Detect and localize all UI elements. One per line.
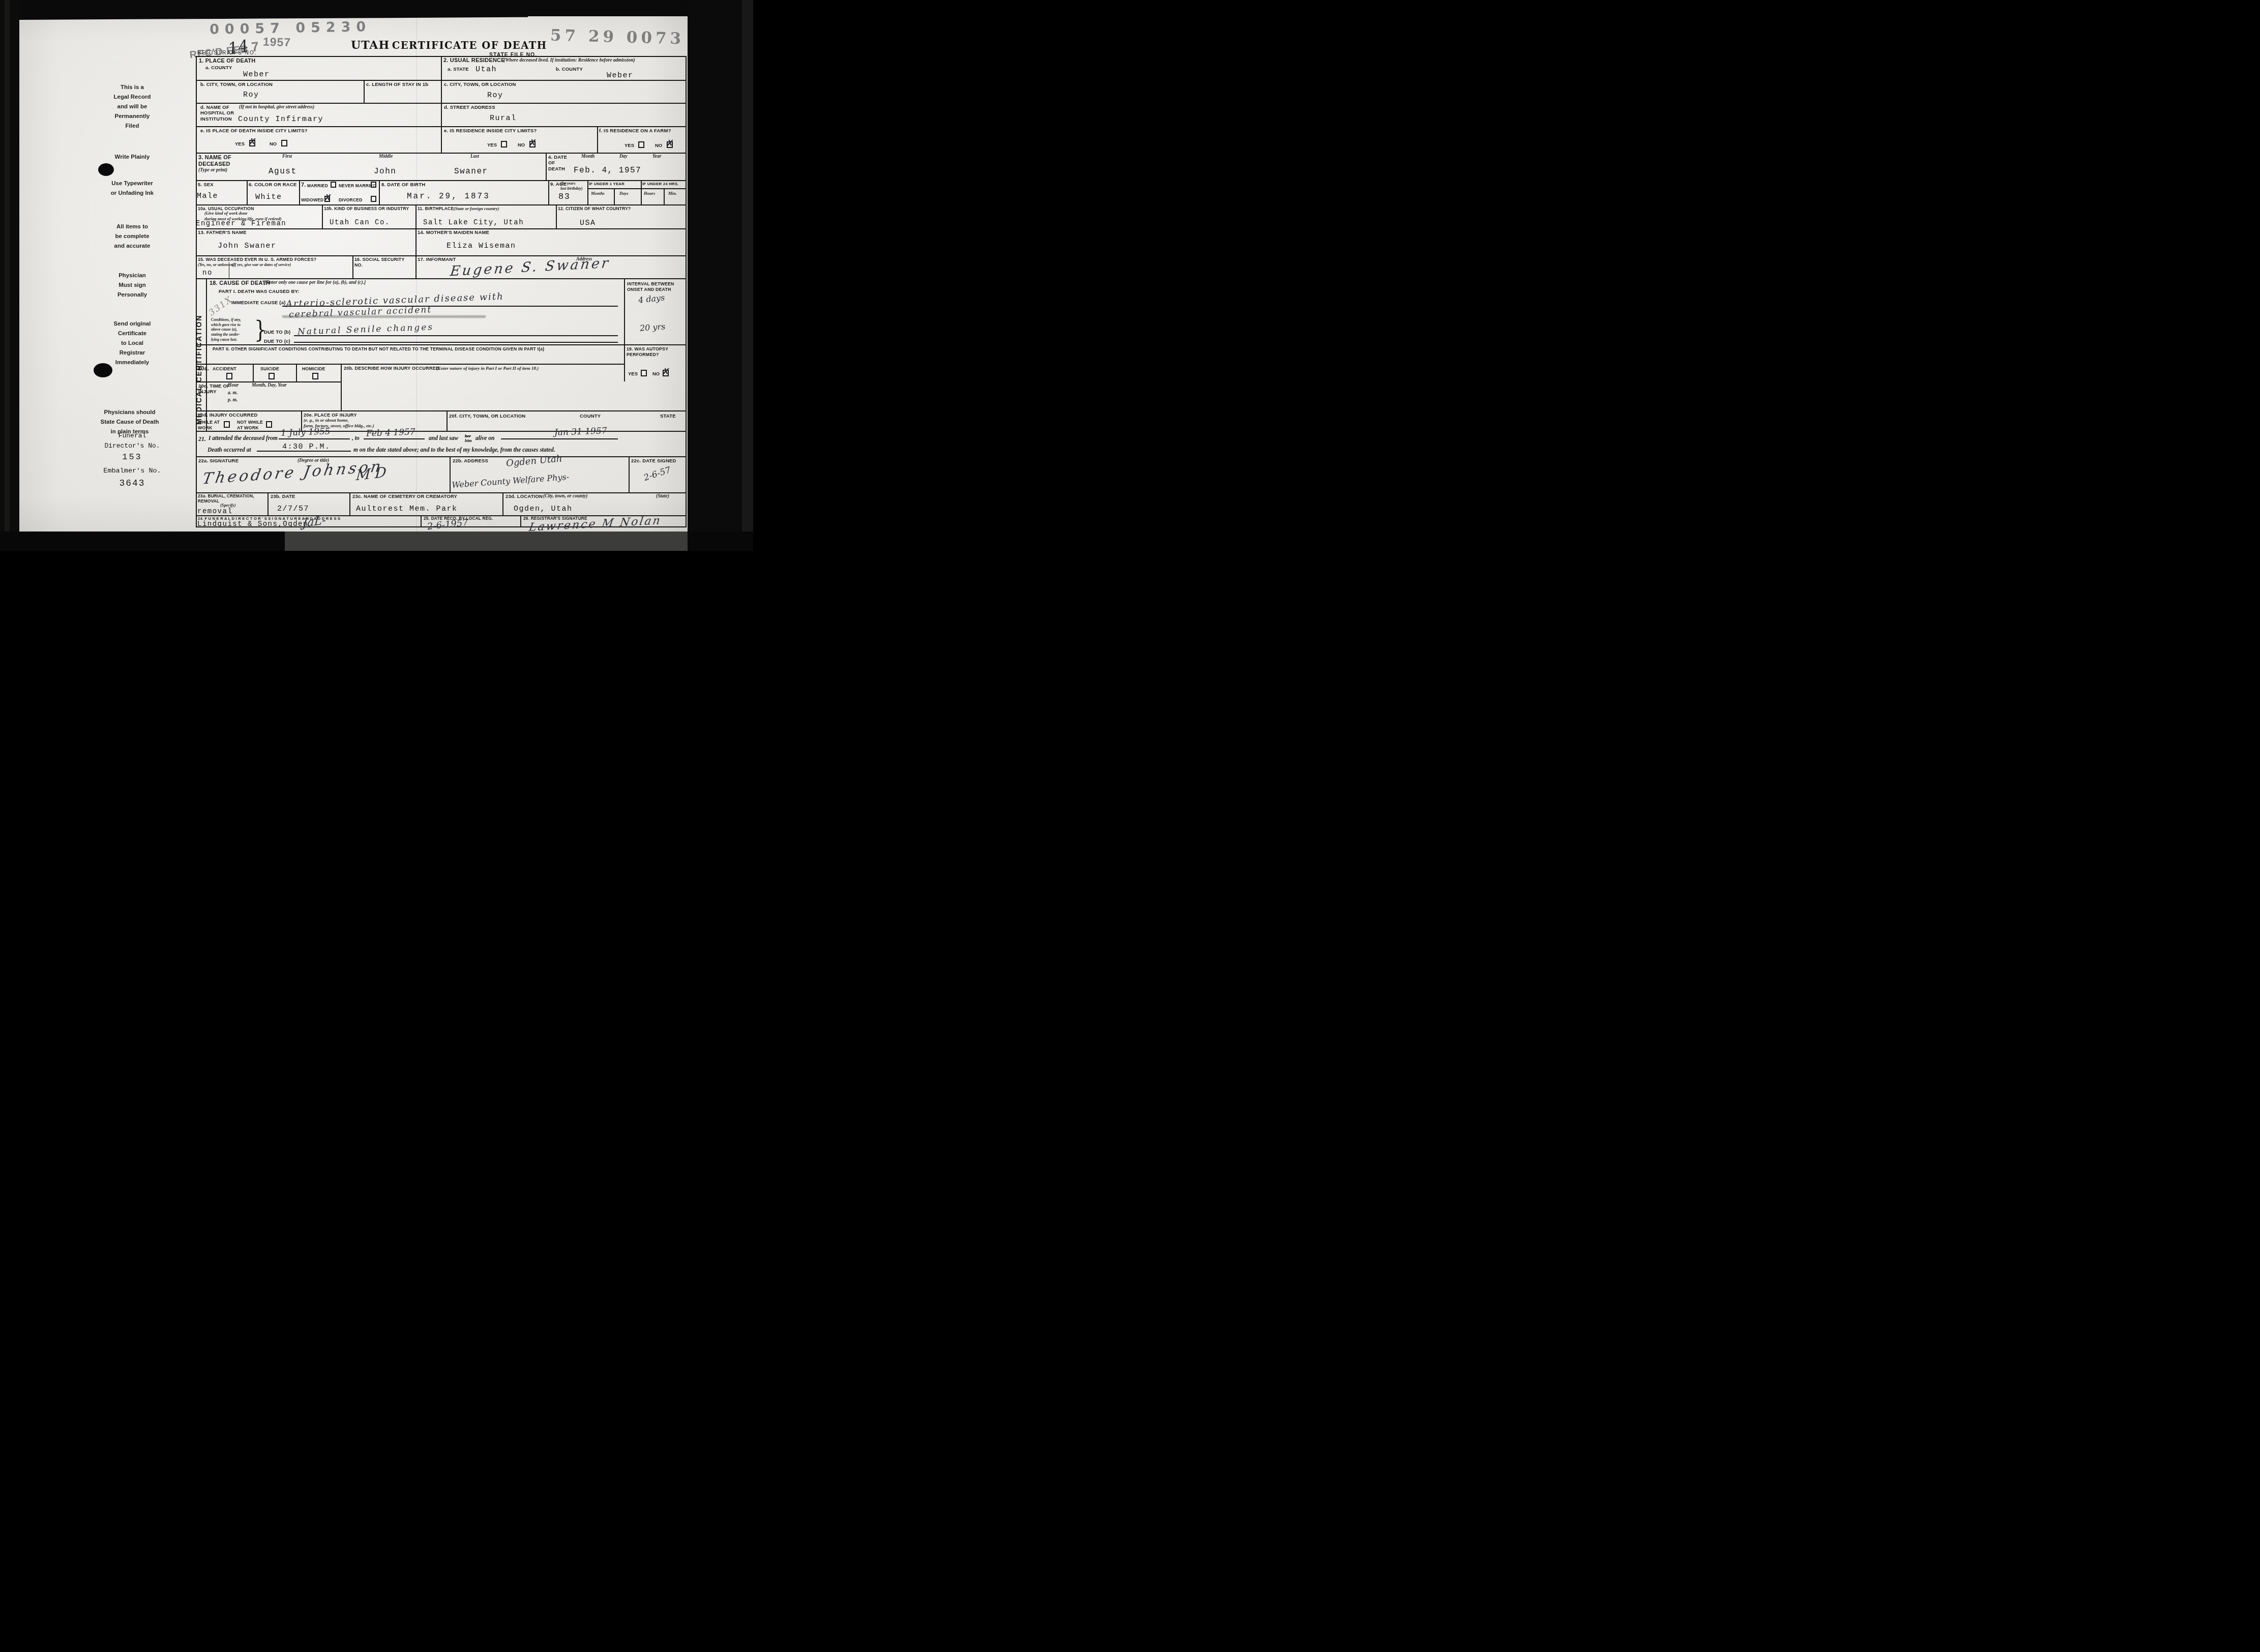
- s21-text3: and last saw: [429, 435, 458, 441]
- s23d-value: Ogden, Utah: [514, 505, 573, 513]
- funeral-director-no-label: Funeral Director's No.: [71, 431, 193, 451]
- margin-note-send-original: Send original Certificate to Local Regis…: [71, 319, 193, 368]
- s23a-value: removal: [197, 508, 232, 516]
- s1e-label: e. IS PLACE OF DEATH INSIDE CITY LIMITS?: [200, 128, 308, 134]
- s17-label: 17. INFORMANT: [418, 257, 456, 262]
- s23d-state-header: (State): [656, 494, 669, 500]
- margin-note-all-items: All items to be complete and accurate: [71, 222, 193, 251]
- s7-divorced-checkbox: [371, 196, 376, 202]
- s2e-yes-checkbox: [501, 141, 507, 147]
- s21-text4: alive on: [475, 435, 494, 441]
- s20d-label: 20d. INJURY OCCURRED: [198, 412, 258, 418]
- s2e-no-checkbox: [529, 141, 536, 147]
- s2f-yes-checkbox: [638, 141, 644, 148]
- interval-header: INTERVAL BETWEEN ONSET AND DEATH: [627, 281, 674, 292]
- s21-text2: , to: [352, 435, 360, 441]
- scan-border-right: [688, 0, 753, 551]
- s3-last-value: Swaner: [454, 167, 488, 176]
- s7-widowed-checkbox: [324, 196, 330, 202]
- physician-degree: M D: [355, 464, 387, 484]
- s2-hint: (Where deceased lived. If institution: R…: [503, 58, 681, 64]
- s23c-label: 23c. NAME OF CEMETERY OR CREMATORY: [352, 494, 457, 499]
- s6-label: 6. COLOR OR RACE: [249, 182, 297, 188]
- title-main: CERTIFICATE OF DEATH: [392, 40, 547, 51]
- s19-yes-label: YES: [628, 371, 638, 377]
- s23a-label: 23a. BURIAL, CREMATION, REMOVAL: [198, 494, 254, 504]
- s13-value: John Swaner: [218, 242, 277, 250]
- under1yr-label: IF UNDER 1 YEAR: [589, 182, 625, 186]
- embalmer-no-label: Embalmer's No.: [71, 466, 193, 477]
- scan-border-top: [0, 0, 753, 16]
- s3-middle-value: John: [374, 167, 396, 176]
- cell-3: [196, 153, 546, 180]
- s3-last-header: Last: [470, 154, 479, 160]
- s1-title: 1. PLACE OF DEATH: [199, 58, 255, 64]
- serial-number-stamp: 00057 05230: [210, 19, 372, 38]
- s18-immediate-label: IMMEDIATE CAUSE (a): [231, 300, 286, 306]
- s2c-label: c. CITY, TOWN, OR LOCATION: [444, 82, 516, 87]
- margin-note-use-typewriter: Use Typewriter or Unfading Ink: [71, 179, 193, 198]
- s20c-hour-header: Hour: [228, 383, 239, 389]
- title-state: UTAH: [351, 39, 390, 52]
- s22a-label: 22a. SIGNATURE: [198, 458, 239, 464]
- s1e-no-checkbox: [281, 140, 287, 146]
- s22b-label: 22b. ADDRESS: [453, 458, 488, 464]
- s20a-suicide-checkbox: [269, 373, 275, 379]
- s3-label: 3. NAME OF DECEASED: [198, 155, 231, 167]
- s7-married-checkbox: [331, 182, 336, 188]
- s20a-homicide-label: HOMICIDE: [302, 366, 325, 372]
- s20a-label: 20a.: [198, 366, 209, 372]
- s10b-value: Utah Can Co.: [330, 219, 390, 227]
- s21-to-value: Feb 4 1957: [366, 427, 415, 438]
- state-file-no-stamp: 57 29 0073: [550, 26, 685, 48]
- s23c-value: Aultorest Mem. Park: [356, 505, 458, 513]
- registrar-no-value: 14: [226, 36, 250, 58]
- s9-hint: (In years last birthday): [560, 181, 583, 191]
- s2f-no-label: NO: [655, 143, 662, 149]
- s11-label: 11. BIRTHPLACE: [418, 206, 454, 211]
- s11-hint: (State or foreign country): [454, 206, 499, 212]
- certificate-title: UTAH CERTIFICATE OF DEATH: [351, 39, 547, 52]
- s21-no: 21.: [198, 435, 206, 443]
- s20b-label: 20b. DESCRIBE HOW INJURY OCCURRED.: [344, 366, 440, 371]
- s21-time-value: 4:30 P.M.: [282, 442, 331, 451]
- received-stamp-year: 1957: [262, 35, 291, 49]
- s7-widowed-label: WIDOWED: [301, 197, 323, 202]
- funeral-director-no-value: 153: [71, 451, 193, 465]
- s21-him: him: [465, 438, 472, 443]
- s22c-label: 22c. DATE SIGNED: [631, 458, 676, 464]
- embalmer-no-value: 3643: [71, 477, 193, 492]
- months-header: Months: [591, 191, 605, 196]
- s1d-hint: (If not in hospital, give street address…: [239, 105, 314, 111]
- s19-label: 19. WAS AUTOPSY PERFORMED?: [627, 346, 668, 357]
- s20a-accident-checkbox: [226, 373, 232, 379]
- s20b-hint: (Enter nature of injury in Part I or Par…: [436, 366, 539, 371]
- margin-note-write-plainly: Write Plainly: [71, 153, 193, 162]
- s2a-value: Utah: [475, 65, 497, 74]
- s21-her-him: her him: [465, 434, 472, 442]
- scan-border-left: [0, 0, 19, 551]
- s21-text1: I attended the deceased from: [209, 435, 278, 441]
- s8-label: 8. DATE OF BIRTH: [381, 182, 425, 188]
- months-days-divider: [614, 188, 615, 204]
- days-header: Days: [619, 191, 628, 196]
- s2c-value: Roy: [487, 91, 503, 100]
- s16-label: 16. SOCIAL SECURITY NO.: [354, 257, 413, 268]
- s2b-label: b. COUNTY: [556, 67, 583, 72]
- s2f-label: f. IS RESIDENCE ON A FARM?: [599, 128, 685, 134]
- s2b-value: Weber: [607, 71, 634, 80]
- s23d-hint: (City, town, or county): [543, 494, 588, 500]
- s20c-am: a. m.: [228, 391, 237, 397]
- s1a-label: a. COUNTY: [205, 65, 232, 71]
- s2d-value: Rural: [490, 114, 517, 123]
- s23d-label: 23d. LOCATION: [505, 494, 543, 499]
- s13-label: 13. FATHER'S NAME: [198, 230, 247, 235]
- s12-label: 12. CITIZEN OF WHAT COUNTRY?: [558, 206, 631, 211]
- s20d-while-checkbox: [224, 421, 230, 428]
- s20c-mdy-header: Month, Day, Year: [252, 383, 287, 389]
- min-header: Min.: [668, 191, 677, 196]
- s4-year-header: Year: [652, 154, 661, 160]
- scanned-death-certificate: 00057 05230 REC'D FEB 7 1957 REGISTRAR'S…: [0, 0, 753, 551]
- s7-never-checkbox: [371, 182, 376, 188]
- s5-value: Male: [197, 192, 218, 200]
- s14-value: Eliza Wiseman: [447, 242, 516, 250]
- s1b-value: Roy: [243, 91, 259, 99]
- hours-header: Hours: [644, 191, 655, 196]
- s20f-state-header: STATE: [660, 414, 676, 419]
- s1a-value: Weber: [243, 70, 270, 79]
- s23b-value: 2/7/57: [277, 505, 309, 513]
- s4-day-header: Day: [619, 154, 628, 160]
- s2d-label: d. STREET ADDRESS: [444, 105, 495, 110]
- s20a-accident-label: ACCIDENT: [213, 366, 236, 372]
- s4-month-header: Month: [581, 154, 594, 160]
- part2-label: PART II. OTHER SIGNIFICANT CONDITIONS CO…: [213, 346, 604, 351]
- s21-text5: Death occurred at: [207, 447, 251, 453]
- s9-value: 83: [558, 192, 570, 202]
- s20d-notwhile-checkbox: [266, 421, 272, 428]
- s5-label: 5. SEX: [198, 182, 214, 188]
- s12-value: USA: [580, 219, 596, 227]
- s4-value: Feb. 4, 1957: [574, 166, 641, 175]
- s21-text6: m on the date stated above; and to the b…: [353, 447, 555, 453]
- s20f-county-header: COUNTY: [580, 414, 601, 419]
- s7-married-label: MARRIED: [307, 183, 328, 188]
- punch-hole-top: [98, 163, 114, 176]
- s7-divorced-label: DIVORCED: [339, 197, 362, 202]
- hours-min-divider: [664, 188, 665, 204]
- s15-inner-divider: [229, 262, 229, 278]
- s2e-yes-label: YES: [487, 142, 497, 148]
- s18-bracket: [Enter only one cause per line for (a), …: [264, 280, 366, 286]
- s18-due-b-label: DUE TO (b): [264, 330, 291, 335]
- s14-label: 14. MOTHER'S MAIDEN NAME: [418, 230, 489, 235]
- s20d-while-label: WHILE AT WORK: [198, 420, 220, 430]
- s20d-notwhile-label: NOT WHILE AT WORK: [237, 420, 263, 430]
- s2f-no-checkbox: [667, 141, 673, 148]
- s10b-label: 10b. KIND OF BUSINESS OR INDUSTRY: [324, 206, 413, 211]
- s23b-label: 23b. DATE: [271, 494, 295, 499]
- s1d-value: County Infirmary: [238, 115, 323, 124]
- s18-due-c-label: DUE TO (c): [264, 339, 290, 344]
- s19-no-label: NO: [652, 371, 660, 377]
- s18-label: 18. CAUSE OF DEATH: [210, 280, 270, 286]
- s11-value: Salt Lake City, Utah: [423, 219, 524, 227]
- s2a-label: a. STATE: [448, 67, 469, 72]
- s2e-label: e. IS RESIDENCE INSIDE CITY LIMITS?: [444, 128, 537, 134]
- margin-note-physician-sign: Physician Must sign Personally: [71, 271, 193, 300]
- s3-hint: (Type or print): [198, 168, 227, 174]
- s24-value: Lindquist & Sons,Ogden: [197, 520, 308, 528]
- s3-middle-header: Middle: [379, 154, 393, 160]
- s21-from-value: 1 July 1955: [281, 426, 331, 438]
- s1d-label: d. NAME OF HOSPITAL OR INSTITUTION: [200, 105, 234, 122]
- s10a-value: Engineer & Fireman: [196, 220, 286, 228]
- s8-value: Mar. 29, 1873: [407, 192, 490, 201]
- s2f-yes-label: YES: [625, 143, 634, 149]
- s18-part1: PART I. DEATH WAS CAUSED BY:: [219, 289, 300, 294]
- s18-conditions-note: Conditions, if any, which gave rise to a…: [211, 317, 241, 342]
- s2e-no-label: NO: [518, 142, 525, 148]
- margin-note-legal-record: This is a Legal Record and will be Perma…: [71, 83, 193, 131]
- s3-first-value: Agust: [269, 167, 297, 176]
- s6-value: White: [255, 193, 282, 201]
- s15-label: 15. WAS DECEASED EVER IN U. S. ARMED FOR…: [198, 257, 316, 262]
- s19-no-checkbox: [663, 370, 669, 376]
- s2-title: 2. USUAL RESIDENCE: [443, 57, 505, 64]
- s21-lastsaw-value: Jan 31 1957: [554, 426, 607, 438]
- s3-first-header: First: [282, 154, 292, 160]
- s20c-pm: p. m.: [228, 398, 237, 404]
- scan-shadow-bottom: [285, 532, 688, 551]
- s18-line-c-underline: [294, 335, 618, 343]
- s7-label: 7.: [301, 182, 306, 188]
- s1c-label: c. LENGTH OF STAY IN 1b: [366, 82, 437, 87]
- s1e-yes-checkbox: [249, 140, 255, 146]
- s20a-homicide-checkbox: [312, 373, 318, 379]
- s19-yes-checkbox: [641, 370, 647, 376]
- interval-column-line: [624, 278, 625, 344]
- s15-value: no: [202, 269, 213, 277]
- s1b-label: b. CITY, TOWN, OR LOCATION: [200, 82, 273, 87]
- s15-hint2: (If yes, give war or dates of service): [232, 262, 349, 268]
- s20c-label: 20c. TIME OF INJURY: [198, 383, 230, 395]
- under24-label: IF UNDER 24 HRS.: [642, 182, 679, 186]
- s4-label: 4. DATE OF DEATH: [548, 155, 567, 172]
- s20f-label: 20f. CITY, TOWN, OR LOCATION: [449, 414, 525, 419]
- interval-b-value: 20 yrs: [639, 321, 666, 333]
- s1e-yes-label: YES: [235, 141, 245, 147]
- s1e-no-label: NO: [270, 141, 277, 147]
- s20a-suicide-label: SUICIDE: [260, 366, 279, 372]
